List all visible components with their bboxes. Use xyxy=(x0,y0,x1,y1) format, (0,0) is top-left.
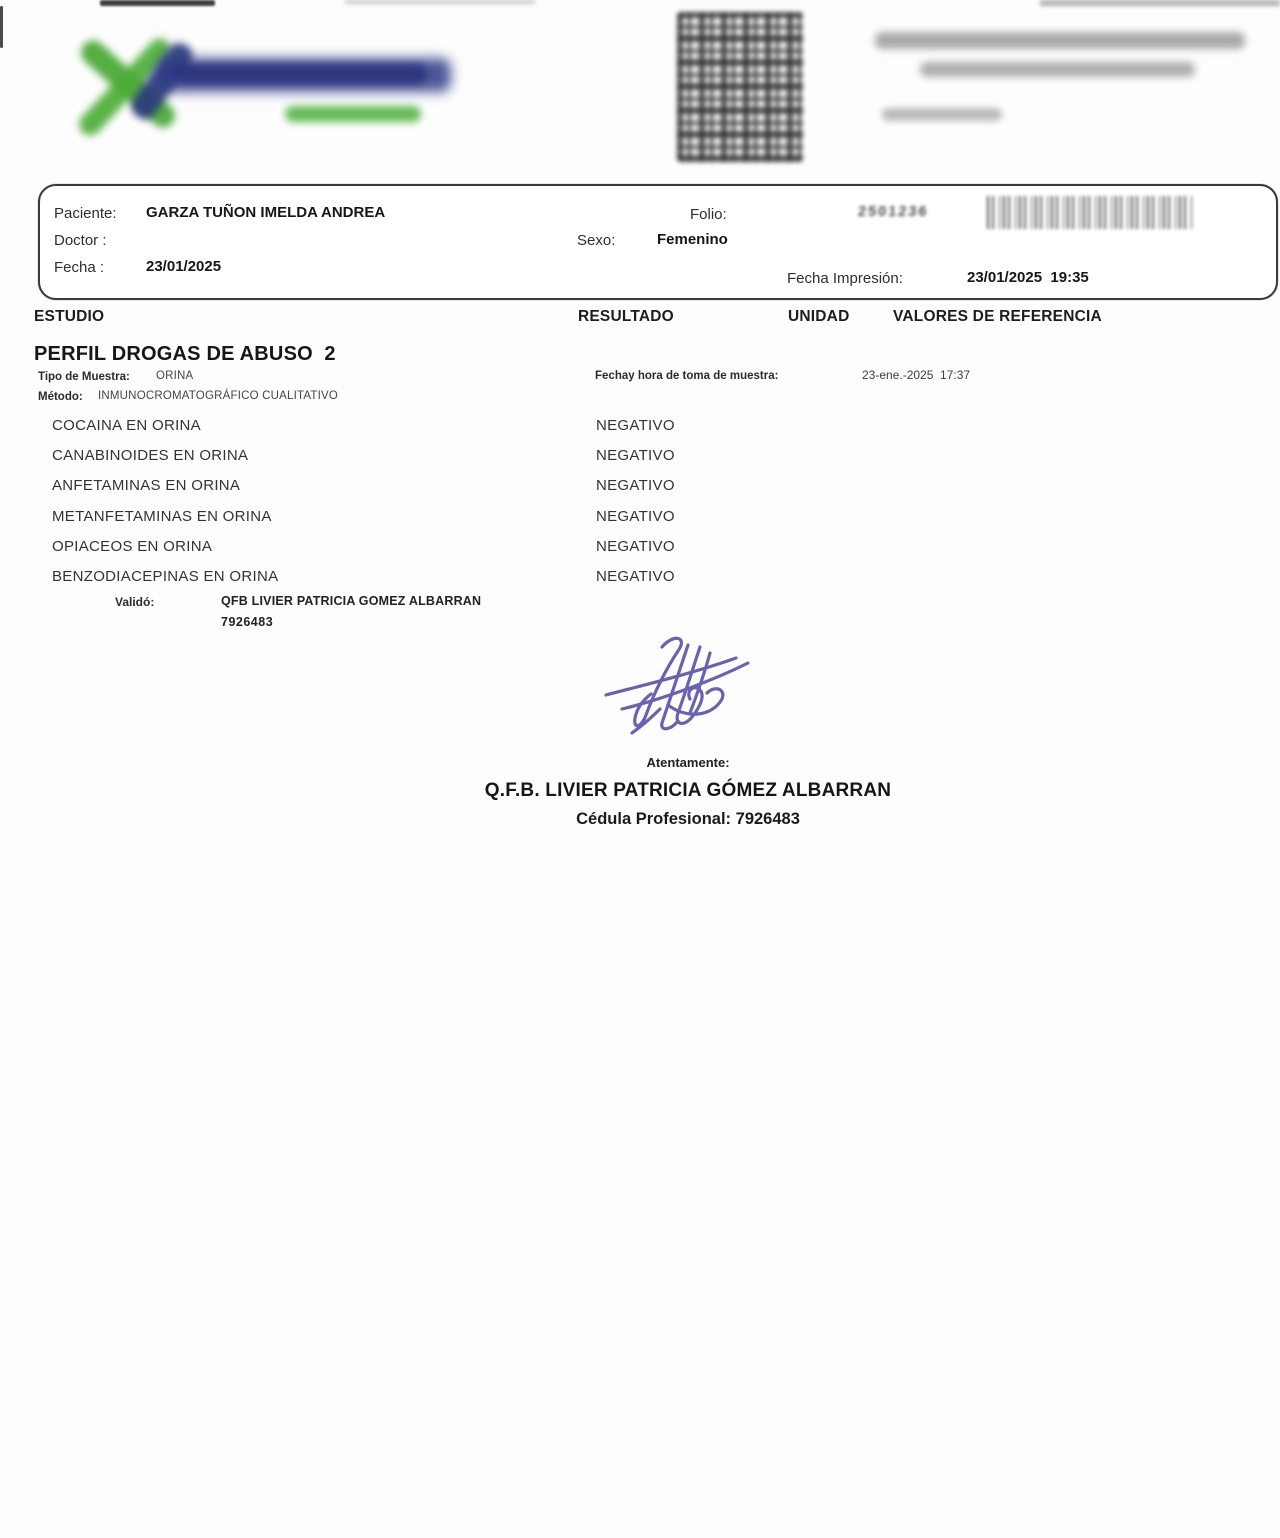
column-header-resultado: RESULTADO xyxy=(578,308,674,326)
column-header-unidad: UNIDAD xyxy=(788,308,849,326)
test-result: NEGATIVO xyxy=(596,508,675,525)
sexo-value: Femenino xyxy=(657,231,728,248)
fecha-value: 23/01/2025 xyxy=(146,258,221,275)
test-result: NEGATIVO xyxy=(596,477,675,494)
signer-name-line: Q.F.B. LIVIER PATRICIA GÓMEZ ALBARRAN xyxy=(48,780,1280,802)
atentamente-line: Atentamente: xyxy=(48,755,1280,770)
scan-artifact-left-edge xyxy=(0,6,3,48)
metodo-value: INMUNOCROMATOGRÁFICO CUALITATIVO xyxy=(98,390,338,402)
test-name: METANFETAMINAS EN ORINA xyxy=(52,508,272,525)
doctor-label: Doctor : xyxy=(54,232,107,249)
valido-label: Validó: xyxy=(115,595,154,609)
scan-artifact-top-left xyxy=(100,0,215,6)
valido-name: QFB LIVIER PATRICIA GOMEZ ALBARRAN xyxy=(221,594,481,608)
address-line-3-blurred xyxy=(882,108,1002,121)
lab-logo xyxy=(55,20,465,148)
sexo-label: Sexo: xyxy=(577,232,615,249)
folio-value-blurred: 2501236 xyxy=(857,204,929,220)
logo-subtext-blurred xyxy=(285,106,421,122)
tipo-muestra-label: Tipo de Muestra: xyxy=(38,371,130,383)
fecha-impresion-label: Fecha Impresión: xyxy=(787,270,903,287)
patient-info-box: Paciente: GARZA TUÑON IMELDA ANDREA Doct… xyxy=(38,184,1278,300)
folio-label: Folio: xyxy=(690,206,727,223)
signature-scribble xyxy=(602,633,758,741)
test-name: OPIACEOS EN ORINA xyxy=(52,538,212,555)
tipo-muestra-value: ORINA xyxy=(156,370,193,382)
cedula-line: Cédula Profesional: 7926483 xyxy=(48,810,1280,829)
study-title: PERFIL DROGAS DE ABUSO 2 xyxy=(34,343,336,366)
lab-report-page: Paciente: GARZA TUÑON IMELDA ANDREA Doct… xyxy=(0,0,1280,1538)
test-result: NEGATIVO xyxy=(596,538,675,555)
column-header-estudio: ESTUDIO xyxy=(34,308,104,326)
test-result: NEGATIVO xyxy=(596,568,675,585)
test-name: COCAINA EN ORINA xyxy=(52,417,201,434)
scan-artifact-top-mid xyxy=(345,0,535,4)
test-result: NEGATIVO xyxy=(596,417,675,434)
test-result: NEGATIVO xyxy=(596,447,675,464)
scan-artifact-top-right xyxy=(1040,0,1280,6)
address-line-1-blurred xyxy=(875,32,1245,49)
metodo-label: Método: xyxy=(38,391,83,403)
toma-muestra-label: Fechay hora de toma de muestra: xyxy=(595,370,778,382)
test-name: CANABINOIDES EN ORINA xyxy=(52,447,248,464)
test-name: ANFETAMINAS EN ORINA xyxy=(52,477,240,494)
fecha-impresion-value: 23/01/2025 19:35 xyxy=(967,269,1089,286)
column-header-valores: VALORES DE REFERENCIA xyxy=(893,308,1102,326)
test-name: BENZODIACEPINAS EN ORINA xyxy=(52,568,278,585)
valido-cedula: 7926483 xyxy=(221,615,273,629)
paciente-label: Paciente: xyxy=(54,205,117,222)
barcode-blurred xyxy=(987,196,1192,229)
fecha-label: Fecha : xyxy=(54,259,104,276)
qr-code xyxy=(677,12,803,162)
logo-wordmark-core-blurred xyxy=(175,64,427,84)
address-line-2-blurred xyxy=(920,62,1195,77)
paciente-value: GARZA TUÑON IMELDA ANDREA xyxy=(146,204,385,221)
toma-muestra-value: 23-ene.-2025 17:37 xyxy=(862,368,970,382)
